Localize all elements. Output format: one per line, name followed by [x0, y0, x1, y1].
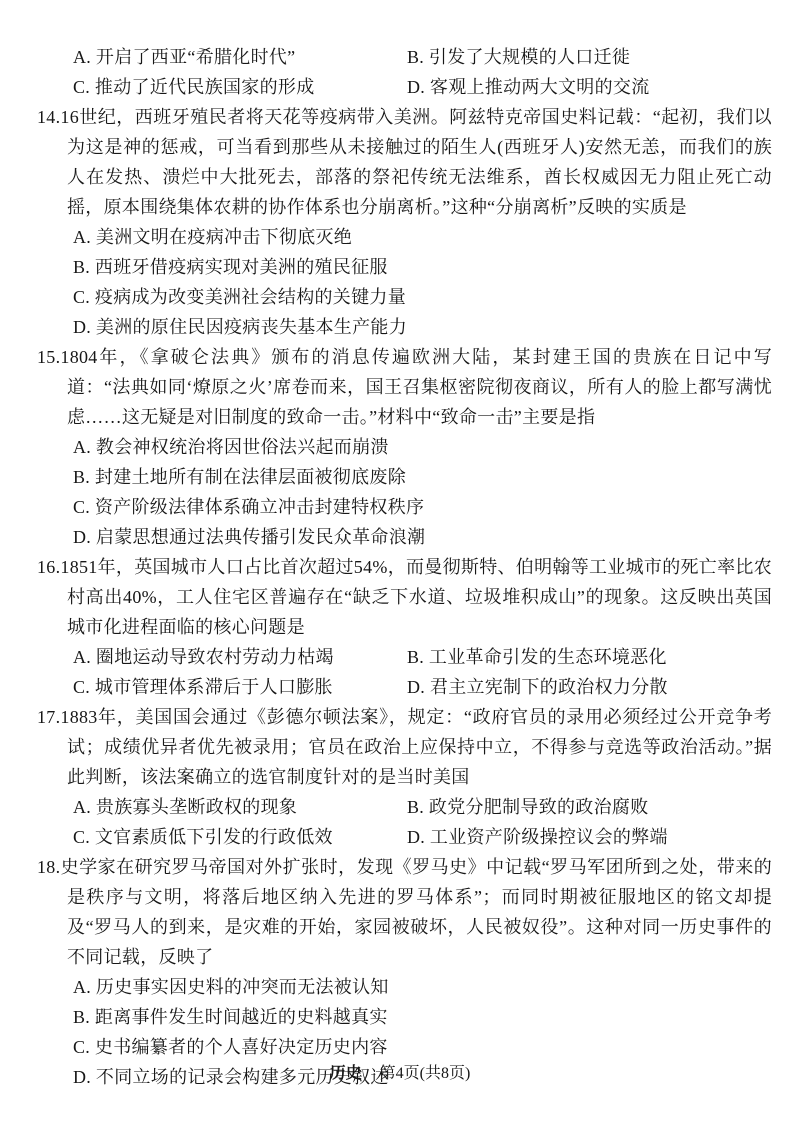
- question-stem-text: 1883年，美国国会通过《彭德尔顿法案》，规定：“政府官员的录用必须经过公开竞争…: [60, 707, 772, 787]
- option-d: D. 客观上推动两大文明的交流: [407, 72, 772, 102]
- question-stem: 18.史学家在研究罗马帝国对外扩张时，发现《罗马史》中记载“罗马军团所到之处，带…: [37, 852, 772, 972]
- options-list: A. 开启了西亚“希腊化时代”B. 引发了大规模的人口迁徙C. 推动了近代民族国…: [37, 42, 772, 102]
- question-15: 15.1804年，《拿破仑法典》颁布的消息传遍欧洲大陆，某封建王国的贵族在日记中…: [37, 342, 772, 552]
- option-d: D. 君主立宪制下的政治权力分散: [407, 672, 772, 702]
- question-stem: 16.1851年，英国城市人口占比首次超过54%，而曼彻斯特、伯明翰等工业城市的…: [37, 552, 772, 642]
- options-list: A. 美洲文明在疫病冲击下彻底灭绝B. 西班牙借疫病实现对美洲的殖民征服C. 疫…: [37, 222, 772, 342]
- question-number: 16.: [37, 557, 60, 577]
- question-number: 14.: [37, 107, 60, 127]
- question-16: 16.1851年，英国城市人口占比首次超过54%，而曼彻斯特、伯明翰等工业城市的…: [37, 552, 772, 702]
- option-b: B. 政党分肥制导致的政治腐败: [407, 792, 772, 822]
- question-stem-text: 史学家在研究罗马帝国对外扩张时，发现《罗马史》中记载“罗马军团所到之处，带来的是…: [60, 857, 772, 967]
- option-b: B. 距离事件发生时间越近的史料越真实: [73, 1002, 772, 1032]
- question-stem-text: 16世纪，西班牙殖民者将天花等疫病带入美洲。阿兹特克帝国史料记载：“起初，我们以…: [60, 107, 772, 217]
- question-17: 17.1883年，美国国会通过《彭德尔顿法案》，规定：“政府官员的录用必须经过公…: [37, 702, 772, 852]
- question-number: 15.: [37, 347, 60, 367]
- page-footer: 历史第4页(共8页): [0, 1062, 800, 1086]
- option-b: B. 封建土地所有制在法律层面被彻底废除: [73, 462, 772, 492]
- question-number: 17.: [37, 707, 60, 727]
- option-b: B. 工业革命引发的生态环境恶化: [407, 642, 772, 672]
- options-list: A. 圈地运动导致农村劳动力枯竭B. 工业革命引发的生态环境恶化C. 城市管理体…: [37, 642, 772, 702]
- option-a: A. 历史事实因史料的冲突而无法被认知: [73, 972, 772, 1002]
- option-d: D. 工业资产阶级操控议会的弊端: [407, 822, 772, 852]
- option-a: A. 开启了西亚“希腊化时代”: [73, 42, 407, 72]
- option-c: C. 推动了近代民族国家的形成: [73, 72, 407, 102]
- questions-area: A. 开启了西亚“希腊化时代”B. 引发了大规模的人口迁徙C. 推动了近代民族国…: [37, 42, 772, 1092]
- question-18: 18.史学家在研究罗马帝国对外扩张时，发现《罗马史》中记载“罗马军团所到之处，带…: [37, 852, 772, 1092]
- question-stem-text: 1851年，英国城市人口占比首次超过54%，而曼彻斯特、伯明翰等工业城市的死亡率…: [60, 557, 772, 637]
- option-b: B. 引发了大规模的人口迁徙: [407, 42, 772, 72]
- footer-subject: 历史: [330, 1065, 362, 1082]
- options-list: A. 教会神权统治将因世俗法兴起而崩溃B. 封建土地所有制在法律层面被彻底废除C…: [37, 432, 772, 552]
- question-number: 18.: [37, 857, 60, 877]
- option-c: C. 城市管理体系滞后于人口膨胀: [73, 672, 407, 702]
- option-c: C. 史书编纂者的个人喜好决定历史内容: [73, 1032, 772, 1062]
- question-stem-text: 1804年，《拿破仑法典》颁布的消息传遍欧洲大陆，某封建王国的贵族在日记中写道：…: [60, 347, 772, 427]
- option-d: D. 美洲的原住民因疫病丧失基本生产能力: [73, 312, 772, 342]
- option-c: C. 疫病成为改变美洲社会结构的关键力量: [73, 282, 772, 312]
- question-stem: 17.1883年，美国国会通过《彭德尔顿法案》，规定：“政府官员的录用必须经过公…: [37, 702, 772, 792]
- question-14: 14.16世纪，西班牙殖民者将天花等疫病带入美洲。阿兹特克帝国史料记载：“起初，…: [37, 102, 772, 342]
- option-b: B. 西班牙借疫病实现对美洲的殖民征服: [73, 252, 772, 282]
- option-c: C. 文官素质低下引发的行政低效: [73, 822, 407, 852]
- footer-page-info: 第4页(共8页): [380, 1065, 471, 1082]
- question-stem: 15.1804年，《拿破仑法典》颁布的消息传遍欧洲大陆，某封建王国的贵族在日记中…: [37, 342, 772, 432]
- carryover-options: A. 开启了西亚“希腊化时代”B. 引发了大规模的人口迁徙C. 推动了近代民族国…: [37, 42, 772, 102]
- question-stem: 14.16世纪，西班牙殖民者将天花等疫病带入美洲。阿兹特克帝国史料记载：“起初，…: [37, 102, 772, 222]
- option-a: A. 圈地运动导致农村劳动力枯竭: [73, 642, 407, 672]
- option-c: C. 资产阶级法律体系确立冲击封建特权秩序: [73, 492, 772, 522]
- option-d: D. 启蒙思想通过法典传播引发民众革命浪潮: [73, 522, 772, 552]
- option-a: A. 美洲文明在疫病冲击下彻底灭绝: [73, 222, 772, 252]
- options-list: A. 贵族寡头垄断政权的现象B. 政党分肥制导致的政治腐败C. 文官素质低下引发…: [37, 792, 772, 852]
- exam-paper-page: A. 开启了西亚“希腊化时代”B. 引发了大规模的人口迁徙C. 推动了近代民族国…: [0, 0, 800, 1131]
- option-a: A. 教会神权统治将因世俗法兴起而崩溃: [73, 432, 772, 462]
- option-a: A. 贵族寡头垄断政权的现象: [73, 792, 407, 822]
